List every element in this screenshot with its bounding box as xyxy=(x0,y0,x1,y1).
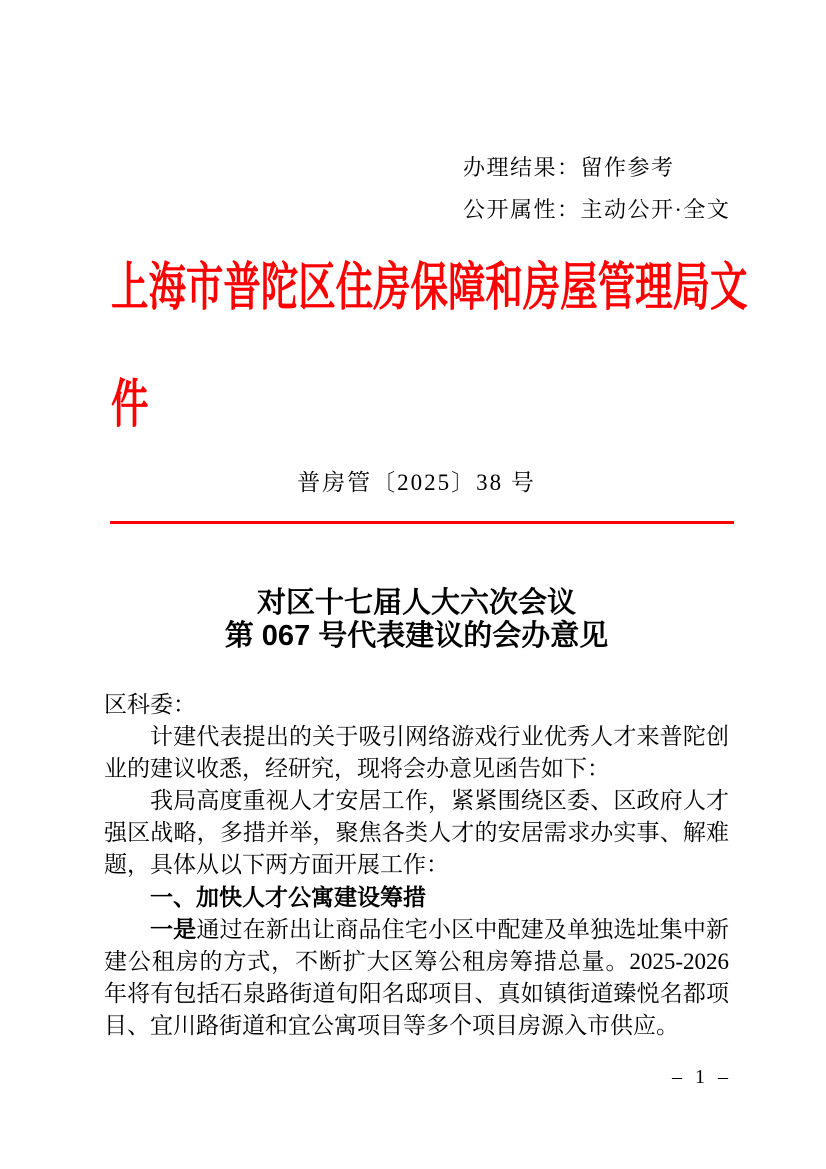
paragraph-overview: 我局高度重视人才安居工作，紧紧围绕区委、区政府人才强区战略，多措并举，聚焦各类人… xyxy=(104,785,729,881)
paragraph-intro: 计建代表提出的关于吸引网络游戏行业优秀人才来普陀创业的建议收悉，经研究，现将会办… xyxy=(104,721,729,785)
document-title: 对区十七届人大六次会议 第 067 号代表建议的会办意见 xyxy=(104,587,729,653)
letterhead-line1: 上海市普陀区住房保障和房屋管理局文 xyxy=(111,230,747,347)
paragraph-measure-1: 一是通过在新出让商品住宅小区中配建及单独选址集中新建公租房的方式，不断扩大区筹公… xyxy=(104,913,729,1042)
document-title-line2: 第 067 号代表建议的会办意见 xyxy=(104,620,729,653)
letterhead-line2: 件 xyxy=(111,347,747,464)
letterhead-title-text: 上海市普陀区住房保障和房屋管理局文 件 xyxy=(111,230,747,464)
paragraph-measure-1-lead: 一是 xyxy=(150,916,196,942)
page-number: – 1 – xyxy=(672,1066,732,1089)
meta-result-line: 办理结果：留作参考 xyxy=(463,147,730,189)
document-body: 区科委： 计建代表提出的关于吸引网络游戏行业优秀人才来普陀创业的建议收悉，经研究… xyxy=(104,689,729,1042)
document-title-line1: 对区十七届人大六次会议 xyxy=(104,587,729,620)
red-separator-line xyxy=(110,521,734,524)
document-page: 办理结果：留作参考 公开属性：主动公开·全文 上海市普陀区住房保障和房屋管理局文… xyxy=(0,0,826,1169)
letterhead-title: 上海市普陀区住房保障和房屋管理局文 件 xyxy=(111,230,826,464)
paragraph-measure-1-text: 通过在新出让商品住宅小区中配建及单独选址集中新建公租房的方式，不断扩大区筹公租房… xyxy=(104,917,729,1038)
meta-block: 办理结果：留作参考 公开属性：主动公开·全文 xyxy=(463,147,730,231)
salutation: 区科委： xyxy=(104,689,729,721)
section-1-heading: 一、加快人才公寓建设筹措 xyxy=(104,881,729,913)
doc-number: 普房管〔2025〕38 号 xyxy=(104,464,729,497)
meta-publicity-line: 公开属性：主动公开·全文 xyxy=(463,189,730,231)
